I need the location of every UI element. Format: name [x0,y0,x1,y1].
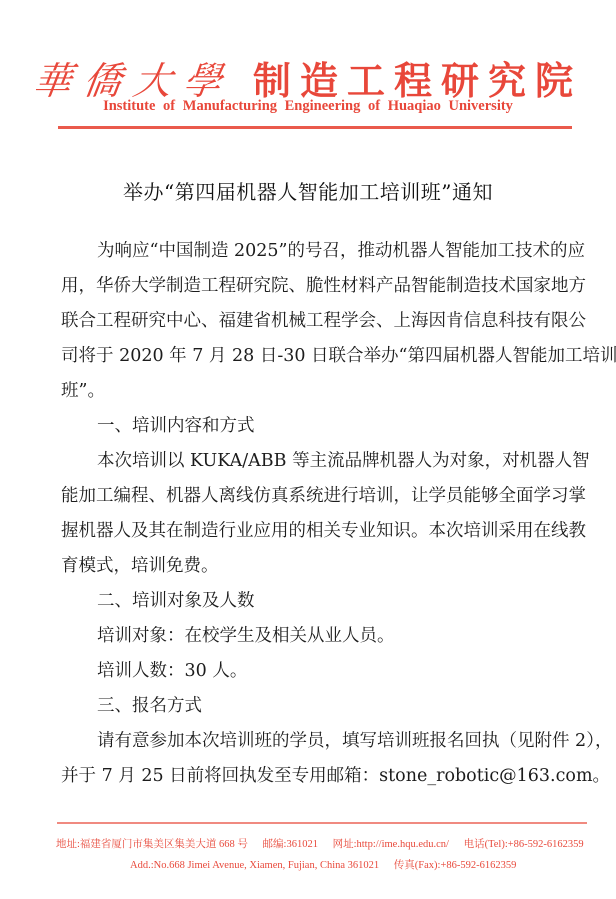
footer-line-1: 地址:福建省厦门市集美区集美大道 668 号 邮编:361021 网址:http… [0,836,616,851]
paragraph-line: 培训对象：在校学生及相关从业人员。 [61,619,579,654]
footer-address-cn: 地址:福建省厦门市集美区集美大道 668 号 [56,839,248,850]
section-heading: 三、报名方式 [61,689,579,724]
paragraph-line: 班”。 [61,374,579,409]
section-heading: 一、培训内容和方式 [61,409,579,444]
paragraph-line: 请有意参加本次培训班的学员，填写培训班报名回执（见附件 2）， [61,724,579,759]
header-divider [58,126,572,129]
logo-row: 華僑大學 制造工程研究院 [0,50,616,105]
paragraph-line: 培训人数：30 人。 [61,654,579,689]
paragraph-line: 司将于 2020 年 7 月 28 日-30 日联合举办“第四届机器人智能加工培… [61,339,579,374]
document-body: 为响应“中国制造 2025”的号召，推动机器人智能加工技术的应 用，华侨大学制造… [61,234,579,794]
section-heading: 二、培训对象及人数 [61,584,579,619]
footer-divider [57,822,587,824]
footer-postcode: 邮编:361021 [263,839,318,850]
paragraph-line: 用，华侨大学制造工程研究院、脆性材料产品智能制造技术国家地方 [61,269,579,304]
footer-website: 网址:http://ime.hqu.edu.cn/ [333,839,449,850]
paragraph-line: 联合工程研究中心、福建省机械工程学会、上海因肯信息科技有限公 [61,304,579,339]
footer-tel: 电话(Tel):+86-592-6162359 [464,839,584,850]
footer-line-2: Add.:No.668 Jimei Avenue, Xiamen, Fujian… [0,857,616,872]
university-calligraphy-logo: 華僑大學 [30,50,238,105]
institute-name-en: Institute of Manufacturing Engineering o… [0,98,616,115]
paragraph-line: 育模式，培训免费。 [61,549,579,584]
institute-name-cn: 制造工程研究院 [253,50,582,105]
document-title: 举办“第四届机器人智能加工培训班”通知 [0,176,616,205]
paragraph-line: 为响应“中国制造 2025”的号召，推动机器人智能加工技术的应 [61,234,579,269]
paragraph-line: 并于 7 月 25 日前将回执发至专用邮箱：stone_robotic@163.… [61,759,579,794]
letterhead: 華僑大學 制造工程研究院 Institute of Manufacturing … [0,0,616,140]
paragraph-line: 握机器人及其在制造行业应用的相关专业知识。本次培训采用在线教 [61,514,579,549]
paragraph-line: 本次培训以 KUKA/ABB 等主流品牌机器人为对象，对机器人智 [61,444,579,479]
footer-fax: 传真(Fax):+86-592-6162359 [394,860,517,871]
paragraph-line: 能加工编程、机器人离线仿真系统进行培训，让学员能够全面学习掌 [61,479,579,514]
footer-address-en: Add.:No.668 Jimei Avenue, Xiamen, Fujian… [130,860,379,871]
